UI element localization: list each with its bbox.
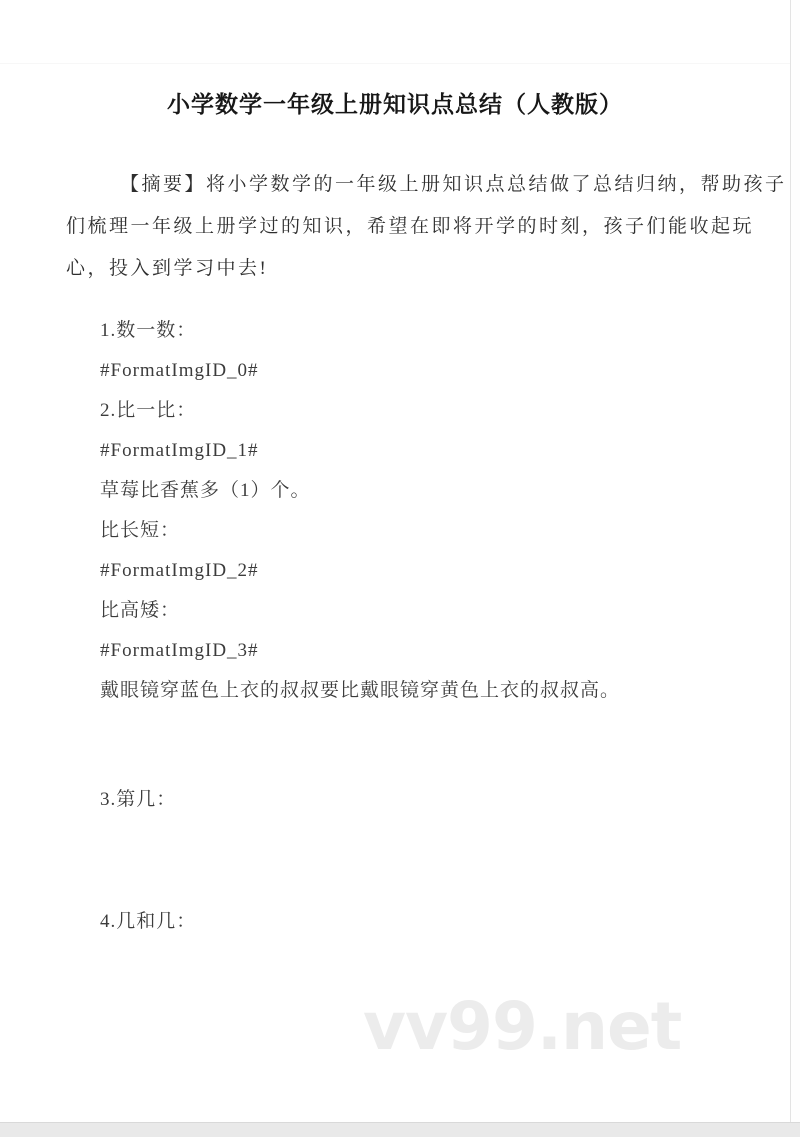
page-fold-line — [0, 63, 790, 64]
page-title: 小学数学一年级上册知识点总结（人教版） — [0, 86, 790, 122]
doc-line-answer-strawberry: 草莓比香蕉多（1）个。 — [100, 471, 790, 511]
doc-line-compare-height: 比高矮： — [100, 591, 790, 631]
doc-line-section-2: 2.比一比： — [100, 391, 790, 431]
abstract-line: 【摘要】将小学数学的一年级上册知识点总结做了总结归纳，帮助孩子 — [66, 164, 734, 206]
abstract-paragraph: 【摘要】将小学数学的一年级上册知识点总结做了总结归纳，帮助孩子 们梳理一年级上册… — [0, 164, 790, 290]
document-viewer: { "page": { "title": "小学数学一年级上册知识点总结（人教版… — [0, 0, 800, 1137]
document-body: 1.数一数： #FormatImgID_0# 2.比一比： #FormatImg… — [0, 311, 790, 942]
doc-line-section-3: 3.第几： — [100, 780, 790, 820]
scrollbar-track[interactable] — [790, 0, 800, 1122]
doc-line-img-placeholder-3: #FormatImgID_3# — [100, 631, 790, 671]
doc-line-section-1: 1.数一数： — [100, 311, 790, 351]
doc-line-img-placeholder-2: #FormatImgID_2# — [100, 551, 790, 591]
abstract-line: 心，投入到学习中去! — [66, 248, 734, 290]
doc-line-answer-uncle: 戴眼镜穿蓝色上衣的叔叔要比戴眼镜穿黄色上衣的叔叔高。 — [100, 671, 790, 711]
document-page: 小学数学一年级上册知识点总结（人教版） 【摘要】将小学数学的一年级上册知识点总结… — [0, 0, 790, 1122]
watermark: vv99.net — [363, 994, 681, 1060]
page-background-strip — [0, 1122, 800, 1137]
doc-line-img-placeholder-1: #FormatImgID_1# — [100, 431, 790, 471]
doc-line-img-placeholder-0: #FormatImgID_0# — [100, 351, 790, 391]
doc-line-section-4: 4.几和几： — [100, 902, 790, 942]
doc-line-compare-length: 比长短： — [100, 511, 790, 551]
abstract-line: 们梳理一年级上册学过的知识，希望在即将开学的时刻，孩子们能收起玩 — [66, 206, 734, 248]
